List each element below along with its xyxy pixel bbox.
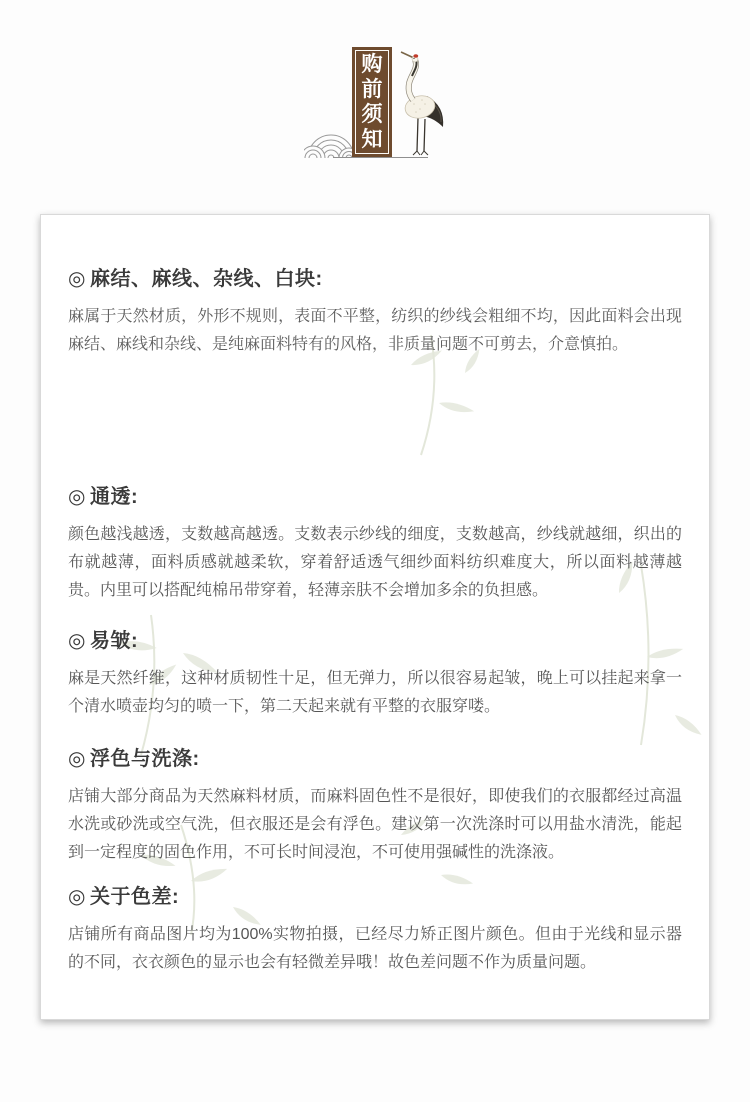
- section-body: 店铺所有商品图片均为100%实物拍摄，已经尽力矫正图片颜色。但由于光线和显示器的…: [68, 921, 682, 977]
- section-title: 关于色差:: [90, 886, 179, 908]
- notice-section-color-difference: ◎关于色差: 店铺所有商品图片均为100%实物拍摄，已经尽力矫正图片颜色。但由于…: [68, 885, 682, 977]
- section-heading: ◎易皱:: [68, 629, 682, 653]
- section-title: 麻结、麻线、杂线、白块:: [90, 268, 323, 290]
- section-bullet-icon: ◎: [68, 886, 86, 908]
- notice-section-sheerness: ◎通透: 颜色越浅越透，支数越高越透。支数表示纱线的细度，支数越高，纱线就越细，…: [68, 485, 682, 605]
- section-bullet-icon: ◎: [68, 748, 86, 770]
- page-background: 购 前 须 知: [0, 0, 750, 1102]
- section-heading: ◎关于色差:: [68, 885, 682, 909]
- plaque-char: 前: [362, 77, 383, 102]
- section-bullet-icon: ◎: [68, 486, 86, 508]
- plaque-char: 须: [362, 102, 383, 127]
- plaque-char: 购: [362, 52, 383, 77]
- notice-section-slubs: ◎麻结、麻线、杂线、白块: 麻属于天然材质，外形不规则，表面不平整，纺织的纱线会…: [68, 267, 682, 359]
- notice-section-washing: ◎浮色与洗涤: 店铺大部分商品为天然麻料材质，而麻料固色性不是很好，即使我们的衣…: [68, 747, 682, 867]
- section-heading: ◎通透:: [68, 485, 682, 509]
- auspicious-clouds-icon: [304, 130, 358, 163]
- section-heading: ◎浮色与洗涤:: [68, 747, 682, 771]
- section-title: 易皱:: [90, 630, 138, 652]
- section-body: 麻是天然纤维，这种材质韧性十足，但无弹力，所以很容易起皱，晚上可以挂起来拿一个清…: [68, 665, 682, 721]
- red-crowned-crane-icon: [398, 50, 448, 163]
- section-heading: ◎麻结、麻线、杂线、白块:: [68, 267, 682, 291]
- section-title: 浮色与洗涤:: [90, 748, 200, 770]
- section-title: 通透:: [90, 486, 138, 508]
- notice-card: ◎麻结、麻线、杂线、白块: 麻属于天然材质，外形不规则，表面不平整，纺织的纱线会…: [40, 214, 710, 1020]
- plaque-char: 知: [362, 127, 383, 152]
- ground-line: [333, 157, 428, 158]
- section-bullet-icon: ◎: [68, 630, 86, 652]
- title-plaque-border: 购 前 须 知: [355, 50, 389, 154]
- title-plaque: 购 前 须 知: [352, 47, 392, 157]
- section-bullet-icon: ◎: [68, 268, 86, 290]
- header: 购 前 须 知: [0, 0, 750, 214]
- section-body: 颜色越浅越透，支数越高越透。支数表示纱线的细度，支数越高，纱线就越细，织出的布就…: [68, 521, 682, 605]
- notice-section-wrinkle: ◎易皱: 麻是天然纤维，这种材质韧性十足，但无弹力，所以很容易起皱，晚上可以挂起…: [68, 629, 682, 721]
- section-body: 店铺大部分商品为天然麻料材质，而麻料固色性不是很好，即使我们的衣服都经过高温水洗…: [68, 783, 682, 867]
- section-body: 麻属于天然材质，外形不规则，表面不平整，纺织的纱线会粗细不均，因此面料会出现麻结…: [68, 303, 682, 359]
